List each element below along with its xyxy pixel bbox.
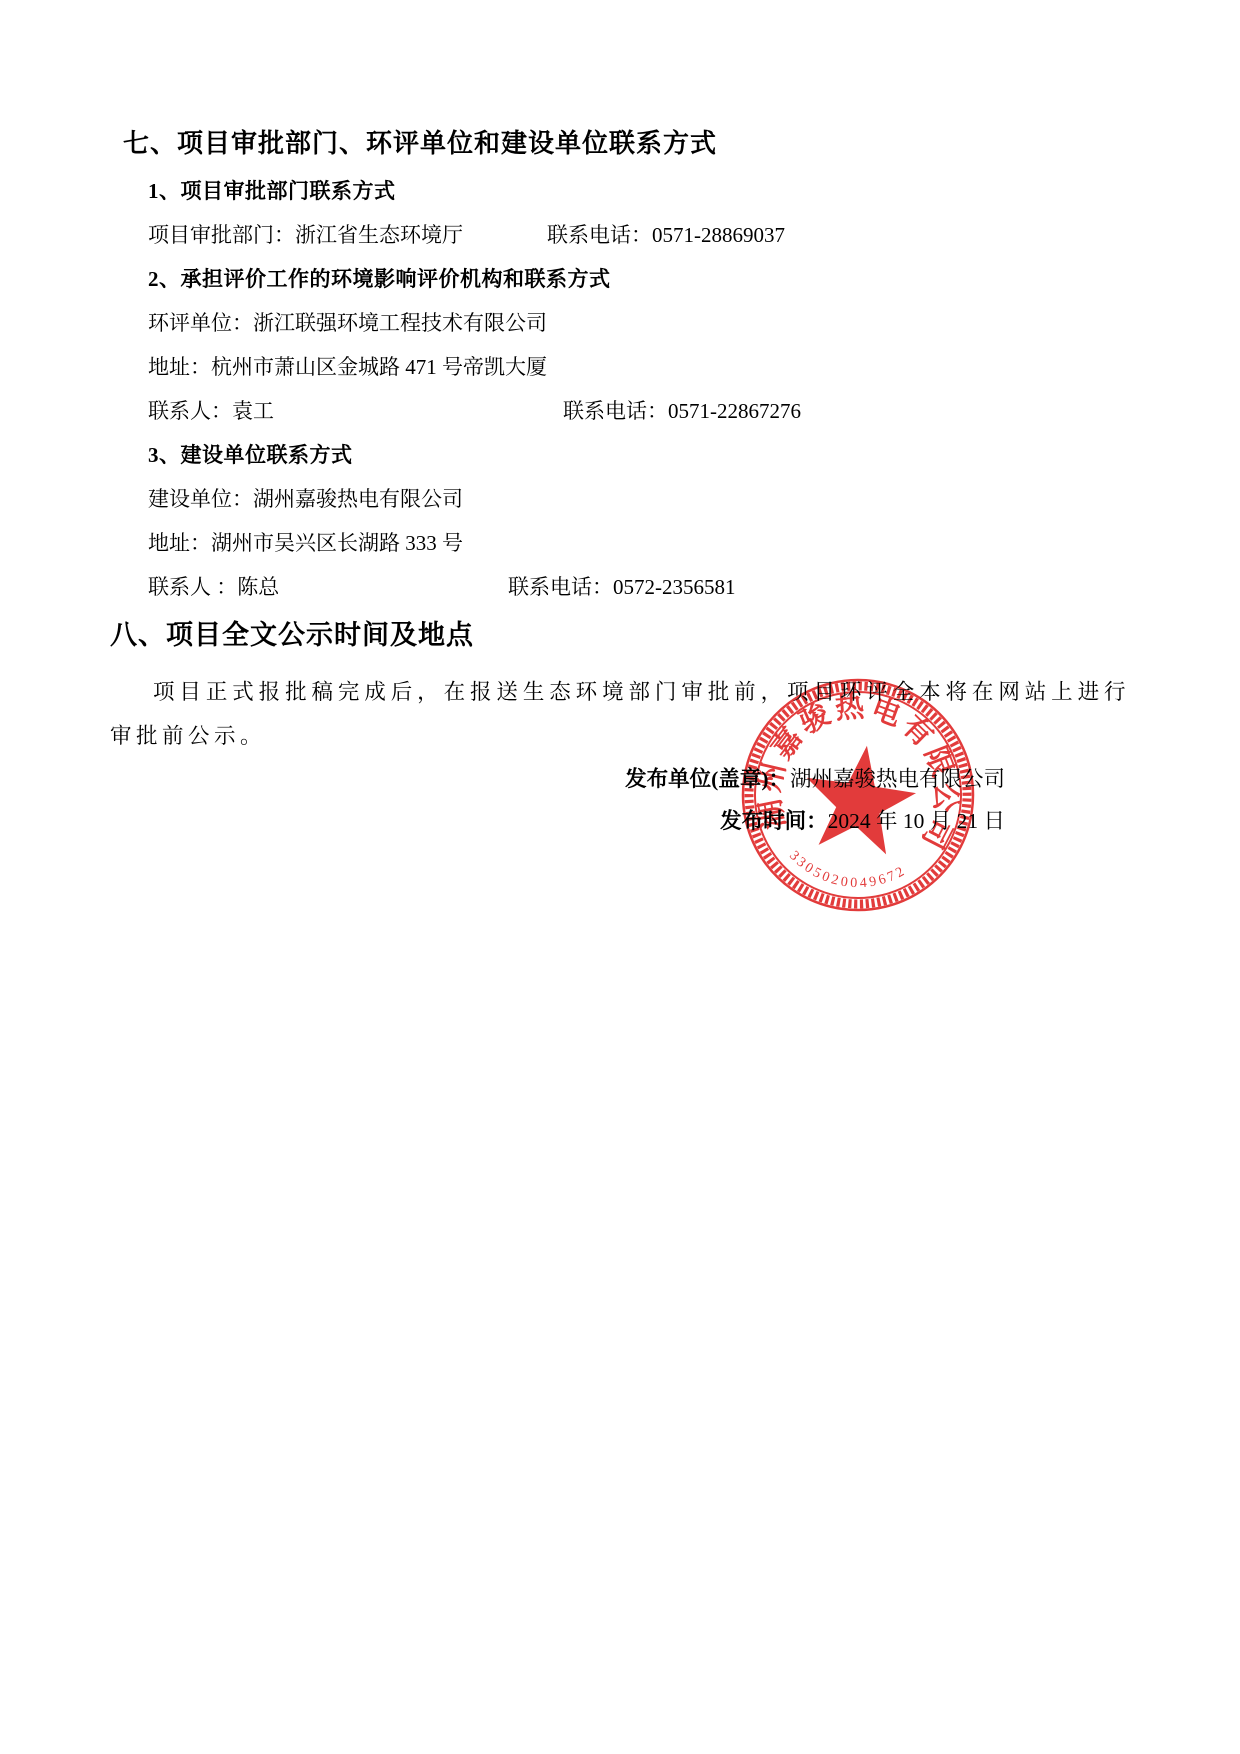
document-page: 七、项目审批部门、环评单位和建设单位联系方式 1、项目审批部门联系方式 项目审批… [0,0,1240,1754]
sub1-heading: 1、项目审批部门联系方式 [148,178,1130,204]
approval-dept-phone: 联系电话：0571-28869037 [547,222,785,248]
sub3-heading: 3、建设单位联系方式 [148,442,1130,468]
publisher-block: 发布单位(盖章)：湖州嘉骏热电有限公司 发布时间：2024 年 10 月 21 … [110,758,1130,842]
approval-dept-text: 项目审批部门：浙江省生态环境厅 [148,223,463,247]
eia-contact-phone: 联系电话：0571-22867276 [563,398,801,424]
document-content: 七、项目审批部门、环评单位和建设单位联系方式 1、项目审批部门联系方式 项目审批… [110,128,1130,842]
seal-number-text: 3305020049672 [783,847,911,899]
publisher-date-label: 发布时间： [720,809,828,833]
section7-heading: 七、项目审批部门、环评单位和建设单位联系方式 [123,128,1130,160]
publisher-unit-line: 发布单位(盖章)：湖州嘉骏热电有限公司 [110,758,1005,800]
publisher-unit-label: 发布单位(盖章)： [625,767,790,791]
builder-address-line: 地址：湖州市吴兴区长湖路 333 号 [148,530,1130,556]
builder-unit-line: 建设单位：湖州嘉骏热电有限公司 [148,486,1130,512]
builder-contact-line: 联系人 ：陈总 联系电话：0572-2356581 [148,574,1130,600]
approval-dept-line: 项目审批部门：浙江省生态环境厅 联系电话：0571-28869037 [148,222,1130,248]
publisher-date-line: 发布时间：2024 年 10 月 21 日 [110,800,1005,842]
publisher-date-value: 2024 年 10 月 21 日 [828,809,1005,833]
publisher-unit-value: 湖州嘉骏热电有限公司 [790,767,1005,791]
eia-contact-text: 联系人：袁工 [148,399,274,423]
builder-contact-text: 联系人 ：陈总 [148,575,279,599]
eia-contact-line: 联系人：袁工 联系电话：0571-22867276 [148,398,1130,424]
section8-paragraph: 项目正式报批稿完成后，在报送生态环境部门审批前，项目环评全本将在网站上进行审批前… [110,670,1130,758]
builder-contact-phone: 联系电话：0572-2356581 [508,574,736,600]
sub2-heading: 2、承担评价工作的环境影响评价机构和联系方式 [148,266,1130,292]
section8-heading: 八、项目全文公示时间及地点 [110,618,1130,652]
eia-address-line: 地址：杭州市萧山区金城路 471 号帝凯大厦 [148,354,1130,380]
eia-unit-line: 环评单位：浙江联强环境工程技术有限公司 [148,310,1130,336]
